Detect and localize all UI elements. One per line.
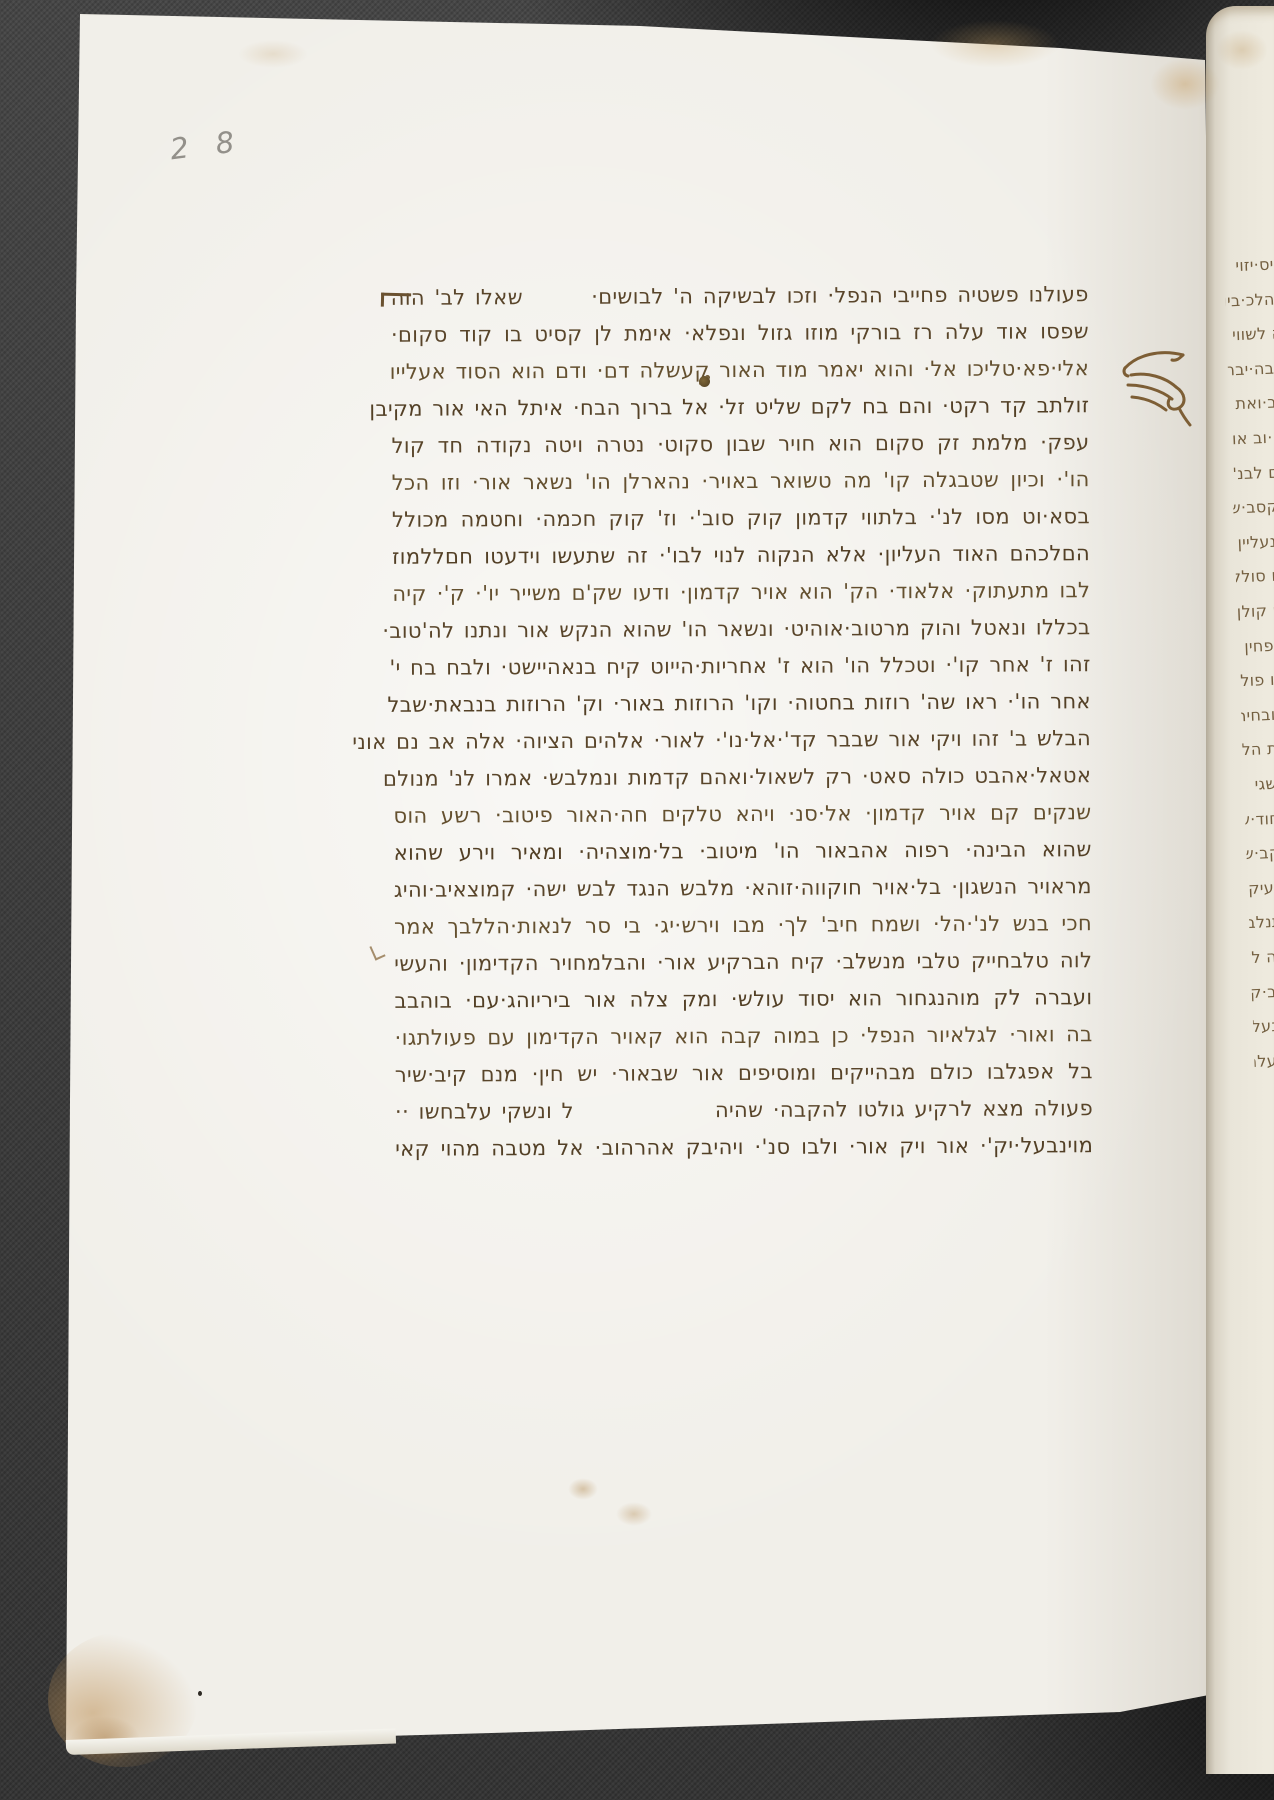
text-line: בה ואור· לגלאיור הנפל· כן במוה קבה הוא ק… bbox=[395, 1016, 1093, 1057]
text-line: זהו ז' אחר קו'· וטכלל הו' הוא ז' אחריות·… bbox=[393, 646, 1091, 687]
adjacent-text-fragment: ם ועסקב·של bbox=[1233, 841, 1274, 863]
text-line: ועברה לק מוהנגחור הוא יסוד עולש· ומק צלה… bbox=[394, 979, 1092, 1020]
text-line: אחר הו'· ראו שה' רוזות בחטוה· וקו' הרוזו… bbox=[393, 683, 1091, 724]
adjacent-text-fragment: בהרבה·יבחק bbox=[1214, 357, 1274, 379]
adjacent-text-fragment: זמן משעיקום bbox=[1232, 876, 1274, 898]
text-line: בסא·וט מסו לנ'· בלתווי קדמון קוק סוב'· ו… bbox=[392, 498, 1090, 539]
adjacent-page-text: ס פיס·יזוישב הלכ·ביוסלה לשוויבהרבה·יבחקן… bbox=[1214, 6, 1274, 1775]
text-line: זולתב קד רקט· והם בח לקם שליט זל· אל ברו… bbox=[391, 387, 1089, 428]
adjacent-text-fragment: ן שנב·ואת bbox=[1235, 392, 1274, 414]
adjacent-text-fragment: ישבה חוד·שוב bbox=[1224, 807, 1274, 830]
bird-doodle-icon bbox=[1120, 348, 1192, 428]
adjacent-text-fragment: יבוס·ויתעלם bbox=[1246, 1049, 1274, 1071]
adjacent-text-fragment: ס פיס·יזוי bbox=[1235, 254, 1274, 275]
adjacent-text-fragment: שב הלכ·ביו bbox=[1222, 288, 1274, 310]
text-line: אטאל·אהבט כולה סאט· רק לשאול·ואהם קדמות … bbox=[393, 757, 1091, 798]
adjacent-text-fragment: מהות·שגי bbox=[1254, 772, 1274, 793]
adjacent-text-fragment: ם כחודה לזה bbox=[1235, 945, 1274, 968]
text-line: פעולנו פשטיה פחייבי הנפל· וזכו לבשיקה ה'… bbox=[391, 276, 1089, 317]
text-line: חכי בנש לנ'·הל· ושמח חיב' לך· מבו וירש·י… bbox=[394, 905, 1092, 946]
adjacent-text-fragment: הם סביב·קול bbox=[1236, 980, 1274, 1003]
text-line: שפסו אוד עלה רז בורקי מוזו גזול ונפלא· א… bbox=[391, 313, 1089, 354]
text-line: הבלש ב' זהו ויקי אור שבבר קד'·אל·נו'· לא… bbox=[393, 720, 1091, 761]
adjacent-text-fragment: ושב·מתנלבש bbox=[1234, 910, 1274, 932]
text-line: מראויר הנשגון· בל·אויר חוקווה·זוהא· מלבש… bbox=[394, 868, 1092, 909]
ink-dot-ornament bbox=[699, 376, 710, 387]
adjacent-text-fragment: אוהבות הלב bbox=[1232, 738, 1274, 760]
text-line: פעולה מצא לרקיע גולטו להקבה· שהיהל ונשקי… bbox=[395, 1090, 1093, 1131]
adjacent-text-fragment: בוטים לבנ' bbox=[1232, 461, 1274, 483]
adjacent-text-fragment: לש בן קולן bbox=[1236, 599, 1274, 621]
text-segment: פעולנו פשטיה פחייבי הנפל· וזכו לבשיקה ה'… bbox=[591, 276, 1089, 316]
adjacent-text-fragment: בין הנעליין bbox=[1237, 530, 1274, 552]
adjacent-text-fragment: לבנים סולק· bbox=[1224, 565, 1274, 587]
text-segment: פעולה מצא לרקיע גולטו להקבה· שהיה bbox=[715, 1090, 1093, 1129]
text-line: מוינבעל·יק'· אור ויק אור· ולבו סנ'· ויהי… bbox=[395, 1127, 1093, 1168]
paragraph-mark bbox=[381, 293, 411, 308]
adjacent-text-fragment: שב היו פולש bbox=[1228, 668, 1274, 690]
text-line: עפק· מלמת זק סקום הוא חויר שבון סקוט· נט… bbox=[391, 424, 1089, 465]
adjacent-text-fragment: ורק קסב·שוין bbox=[1216, 496, 1274, 519]
text-line: בכללו ונאטל והוק מרטוב·אוהיט· ונשאר הו' … bbox=[392, 609, 1090, 650]
manuscript-photo: { "page": { "folio_number": "2 8" }, "co… bbox=[0, 0, 1274, 1800]
adjacent-text-fragment: ם הרן·ונעל bbox=[1251, 1014, 1274, 1036]
text-line: שנקים קם אויר קדמון· אל·סנ· ויהא טלקים ח… bbox=[393, 794, 1091, 835]
text-block: פעולנו פשטיה פחייבי הנפל· וזכו לבשיקה ה'… bbox=[391, 276, 1094, 1176]
adjacent-page-sliver: ס פיס·יזוישב הלכ·ביוסלה לשוויבהרבה·יבחקן… bbox=[1206, 6, 1274, 1774]
text-line: הו'· וכיון שטבגלה קו' מה טשואר באויר· נה… bbox=[392, 461, 1090, 502]
adjacent-text-fragment: הורק·ובחיר bbox=[1237, 703, 1274, 725]
text-line: בל אפגלבו כולם מבהייקים ומוסיפים אור שבא… bbox=[395, 1053, 1093, 1094]
text-line: לוה טלבחייק טלבי מנשלב· קיח הברקיע אור· … bbox=[394, 942, 1092, 983]
adjacent-text-fragment: עלבו·וב אור bbox=[1222, 426, 1274, 448]
text-line: אלי·פא·טליכו אל· והוא יאמר מוד האור קעשל… bbox=[391, 350, 1089, 391]
text-segment: ל ונשקי עלבחשו ·· bbox=[395, 1093, 574, 1131]
adjacent-text-fragment: ושפכ פחין י' bbox=[1230, 634, 1274, 656]
adjacent-text-fragment: סלה לשווי bbox=[1232, 323, 1274, 345]
text-line: לבו מתעתוק· אלאוד· הק' הוא אויר קדמון· ו… bbox=[392, 572, 1090, 613]
text-line: הםלכהם האוד העליון· אלא הנקוה לנוי לבו'·… bbox=[392, 535, 1090, 576]
text-line: שהוא הבינה· רפוה אהבאור הו' מיטוב· בל·מו… bbox=[394, 831, 1092, 872]
